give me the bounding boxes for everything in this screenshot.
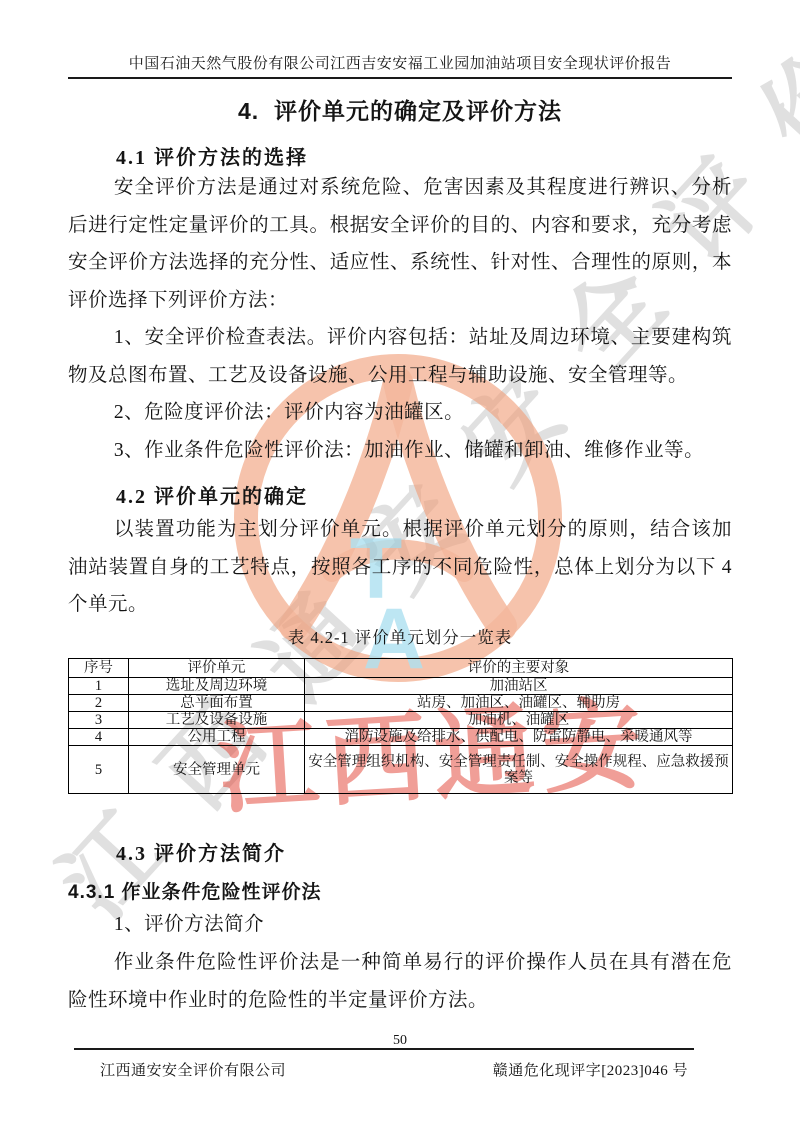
cell-unit: 选址及周边环境 <box>129 678 305 695</box>
cell-unit: 公用工程 <box>129 729 305 746</box>
footer-company: 江西通安安全评价有限公司 <box>100 1059 286 1080</box>
table-header-row: 序号 评价单元 评价的主要对象 <box>69 659 733 678</box>
method-list: 1、安全评价检查表法。评价内容包括：站址及周边环境、主要建构筑物及总图布置、工艺… <box>68 319 732 469</box>
evaluation-units-table: 序号 评价单元 评价的主要对象 1 选址及周边环境 加油站区 2 总平面布置 站… <box>68 658 733 794</box>
cell-unit: 总平面布置 <box>129 695 305 712</box>
table-row: 1 选址及周边环境 加油站区 <box>69 678 733 695</box>
cell-object: 安全管理组织机构、安全管理责任制、安全操作规程、应急救援预案等 <box>305 746 733 794</box>
paragraph-42: 以装置功能为主划分评价单元。根据评价单元划分的原则，结合该加油站装置自身的工艺特… <box>68 511 732 624</box>
section-heading-42: 4.2 评价单元的确定 <box>116 480 308 509</box>
cell-no: 4 <box>69 729 129 746</box>
cell-object: 站房、加油区、油罐区、辅助房 <box>305 695 733 712</box>
table-caption: 表 4.2-1 评价单元划分一览表 <box>0 624 800 648</box>
page-number: 50 <box>0 1033 800 1049</box>
section-heading-41: 4.1 评价方法的选择 <box>116 141 308 170</box>
list-item: 1、评价方法简介 <box>68 906 732 944</box>
chapter-title: 4. 评价单元的确定及评价方法 <box>0 93 800 126</box>
page-content: 中国石油天然气股份有限公司江西吉安安福工业园加油站项目安全现状评价报告 4. 评… <box>0 0 800 1131</box>
cell-no: 2 <box>69 695 129 712</box>
document-page: 江西通安安全评价有限公司 T A 江西通安 中国石油天然气股份有限公司江西吉安安… <box>0 0 800 1131</box>
page-header: 中国石油天然气股份有限公司江西吉安安福工业园加油站项目安全现状评价报告 <box>68 52 732 73</box>
list-item: 1、安全评价检查表法。评价内容包括：站址及周边环境、主要建构筑物及总图布置、工艺… <box>68 319 732 394</box>
cell-object: 消防设施及给排水、供配电、防雷防静电、采暖通风等 <box>305 729 733 746</box>
subsection-heading-431: 4.3.1 作业条件危险性评价法 <box>68 877 322 904</box>
cell-object: 加油机、油罐区 <box>305 712 733 729</box>
column-header: 序号 <box>69 659 129 678</box>
header-rule <box>68 77 732 79</box>
list-item: 3、作业条件危险性评价法：加油作业、储罐和卸油、维修作业等。 <box>68 432 732 470</box>
table-row: 5 安全管理单元 安全管理组织机构、安全管理责任制、安全操作规程、应急救援预案等 <box>69 746 733 794</box>
cell-no: 3 <box>69 712 129 729</box>
section-heading-43: 4.3 评价方法简介 <box>116 837 286 866</box>
cell-unit: 工艺及设备设施 <box>129 712 305 729</box>
paragraph-431: 作业条件危险性评价法是一种简单易行的评价操作人员在具有潜在危险性环境中作业时的危… <box>68 944 732 1019</box>
table-row: 4 公用工程 消防设施及给排水、供配电、防雷防静电、采暖通风等 <box>69 729 733 746</box>
column-header: 评价的主要对象 <box>305 659 733 678</box>
table-row: 3 工艺及设备设施 加油机、油罐区 <box>69 712 733 729</box>
paragraph-41: 安全评价方法是通过对系统危险、危害因素及其程度进行辨识、分析后进行定性定量评价的… <box>68 169 732 319</box>
cell-object: 加油站区 <box>305 678 733 695</box>
cell-no: 1 <box>69 678 129 695</box>
table-row: 2 总平面布置 站房、加油区、油罐区、辅助房 <box>69 695 733 712</box>
column-header: 评价单元 <box>129 659 305 678</box>
footer-rule <box>74 1048 694 1050</box>
cell-no: 5 <box>69 746 129 794</box>
cell-unit: 安全管理单元 <box>129 746 305 794</box>
list-item: 2、危险度评价法：评价内容为油罐区。 <box>68 394 732 432</box>
footer-doc-number: 赣通危化现评字[2023]046 号 <box>493 1059 688 1080</box>
